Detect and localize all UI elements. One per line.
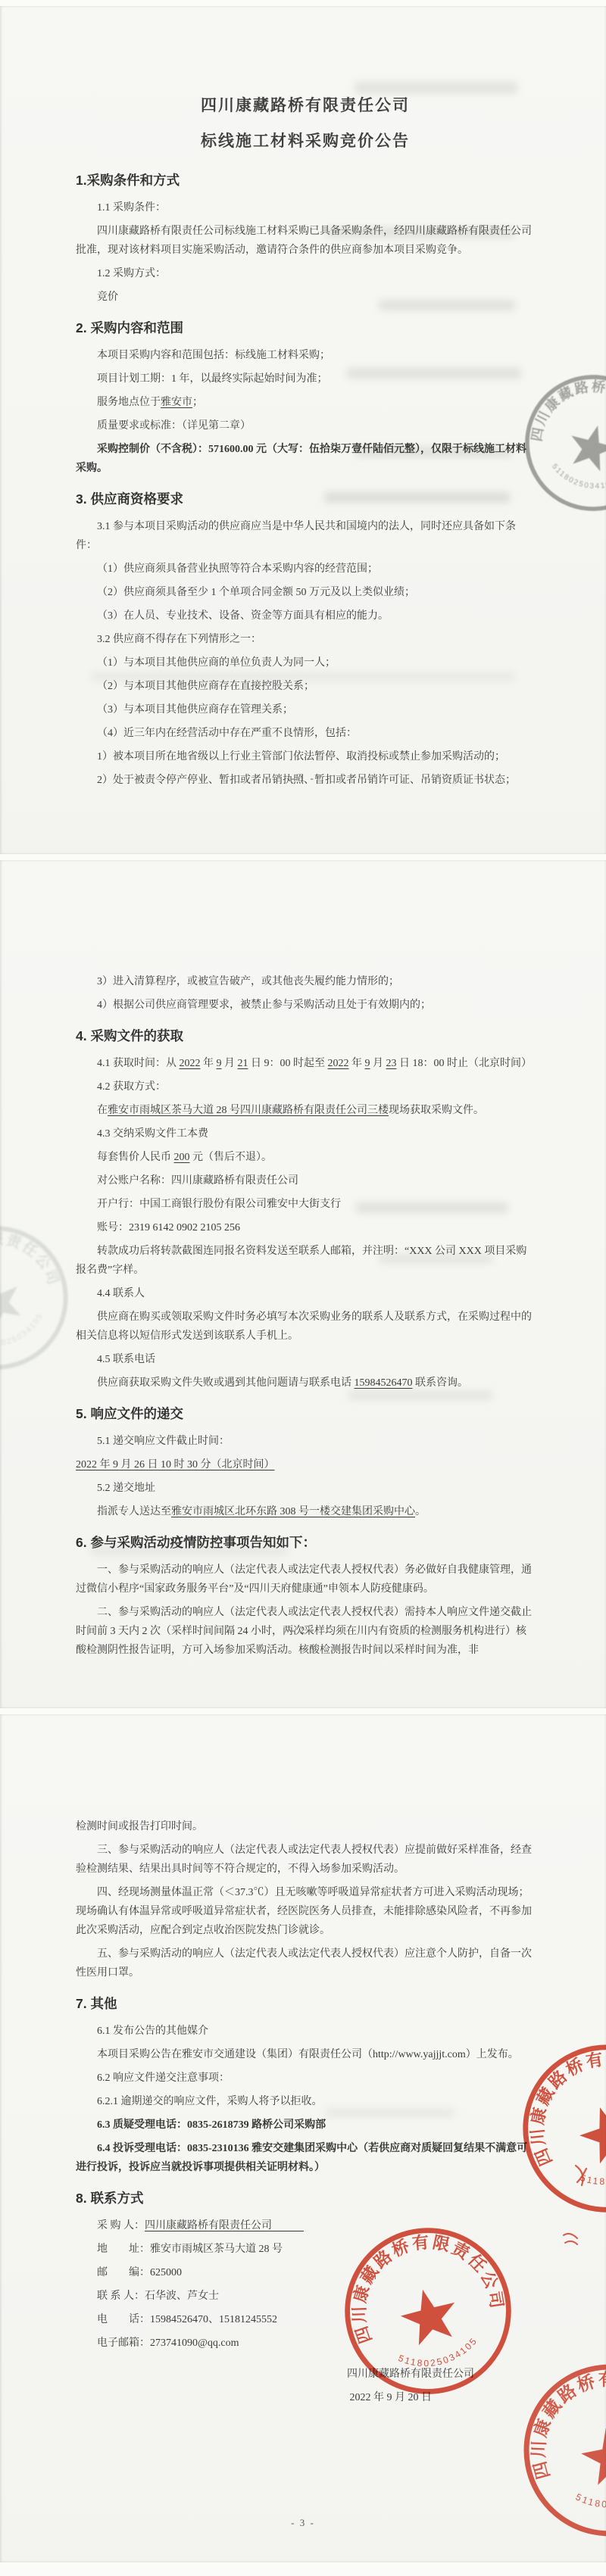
text-line: 6.2.1 逾期递交的响应文件，采购人将予以拒收。 [76, 2092, 535, 2111]
handwritten-red-mark [561, 2229, 580, 2249]
filled-blank-value: 2022 [328, 1058, 349, 1069]
text-line: 三、参与采购活动的响应人（法定代表人或法定代表人授权代表）应提前做好采样准备，经… [76, 1841, 535, 1879]
text-line: （3）在人员、专业技术、设备、资金等方面具有相应的能力。 [76, 607, 535, 625]
scanned-document: { "doc": { "title_line1": "四川康藏路桥有限责任公司"… [0, 0, 606, 2576]
text-segment: 日 9：00 时起至 [248, 1058, 328, 1069]
text-segment: ； [192, 397, 203, 408]
text-segment: 年 [201, 1058, 217, 1069]
page-number: - 3 - [0, 2517, 606, 2529]
page-1-body: 1.采购条件和方式1.1 采购条件：四川康藏路桥有限责任公司标线施工材料采购已具… [76, 169, 535, 790]
text-line: 项目计划工期：1 年，以最终实际起始时间为准； [76, 370, 535, 388]
filled-blank-value: 15984526470 [355, 1377, 413, 1389]
section-heading: 1.采购条件和方式 [76, 169, 535, 192]
text-line: 每套售价人民币 200 元（售后不退）。 [76, 1148, 535, 1167]
text-segment: 采 购 人： [97, 2220, 145, 2231]
text-line: 5.1 递交响应文件截止时间： [76, 1432, 535, 1451]
text-line: 6.4 投诉受理电话：0835-2310136 雅安交建集团采购中心（若供应商对… [76, 2139, 535, 2177]
text-line: 5.2 递交地址 [76, 1479, 535, 1498]
text-segment: 联系咨询。 [413, 1377, 469, 1389]
text-line: 4.3 交纳采购文件工本费 [76, 1124, 535, 1143]
text-line: 在雅安市雨城区茶马大道 28 号四川康藏路桥有限责任公司三楼现场获取采购文件。 [76, 1101, 535, 1120]
section-heading: 7. 其他 [76, 1992, 535, 2015]
filled-blank-value: 9 [365, 1058, 370, 1069]
text-line: 3.1 参与本项目采购活动的供应商应当是中华人民共和国境内的法人，同时还应具备如… [76, 517, 535, 555]
filled-blank-value: 21 [238, 1058, 248, 1069]
text-segment: 元（售后不退）。 [190, 1152, 273, 1163]
text-segment: 月 [370, 1058, 386, 1069]
text-line: 四川康藏路桥有限责任公司标线施工材料采购已具备采购条件，经四川康藏路桥有限责任公… [76, 222, 535, 260]
filled-blank-value: 雅安市雨城区茶马大道 28 号四川康藏路桥有限责任公司三楼 [108, 1105, 389, 1116]
text-line: 4.5 联系电话 [76, 1350, 535, 1369]
text-line: 3）进入清算程序，或被宣告破产，或其他丧失履约能力情形的； [76, 972, 535, 991]
text-line: 6.3 质疑受理电话：0835-2618739 路桥公司采购部 [76, 2116, 535, 2135]
filled-blank-value: 2022 年 9 月 26 日 10 时 30 分（北京时间） [76, 1459, 275, 1470]
text-line: 四、经现场测量体温正常（＜37.3℃）且无咳嗽等呼吸道异常症状者方可进入采购活动… [76, 1883, 535, 1940]
filled-blank-value: 雅安市雨城区北环东路 308 号一楼交建集团采购中心 [171, 1506, 415, 1517]
text-segment: 月 [222, 1058, 238, 1069]
document-title-line-2: 标线施工材料采购竞价公告 [76, 123, 535, 159]
text-line: （1）与本项目其他供应商的单位负责人为同一人； [76, 653, 535, 672]
text-line: 4.2 获取方式： [76, 1077, 535, 1096]
filled-blank-value: 四川康藏路桥有限责任公司 [145, 2220, 304, 2231]
text-line: 开户行：中国工商银行股份有限公司雅安中大街支行 [76, 1195, 535, 1214]
text-segment: 年 [349, 1058, 365, 1069]
svg-text:5118025034105: 5118025034105 [573, 2478, 606, 2517]
text-line: 4.4 联系人 [76, 1284, 535, 1303]
text-segment: 服务地点位于 [97, 397, 161, 408]
text-segment: 现场获取采购文件。 [389, 1105, 484, 1116]
text-segment: 每套售价人民币 [97, 1152, 174, 1163]
text-line: 6.2 响应文件递交注意事项： [76, 2069, 535, 2088]
page-2-body: 3）进入清算程序，或被宣告破产，或其他丧失履约能力情形的；4）根据公司供应商管理… [76, 972, 535, 1660]
text-line: 转款成功后将转款截图连同报名资料发送至联系人邮箱，并注明：“XXX 公司 XXX… [76, 1242, 535, 1280]
text-line: 采购控制价（不含税）：571600.00 元（大写：伍拾柒万壹仟陆佰元整），仅限… [76, 440, 535, 478]
filled-blank-value: 23 [386, 1058, 397, 1069]
text-line: 3.2 供应商不得存在下列情形之一： [76, 630, 535, 649]
svg-text:5118025034105: 5118025034105 [395, 2334, 483, 2377]
text-segment: 。 [415, 1506, 426, 1517]
text-line: 一、参与采购活动的响应人（法定代表人或法定代表人授权代表）务必做好自我健康管理，… [76, 1561, 535, 1598]
text-line: （4）近三年内在经营活动中存在严重不良情形，包括： [76, 724, 535, 743]
text-line: 本项目采购内容和范围包括：标线施工材料采购； [76, 346, 535, 365]
filled-blank-value: 9 [217, 1058, 222, 1069]
text-line: 五、参与采购活动的响应人（法定代表人或法定代表人授权代表）应注意个人防护，自备一… [76, 1944, 535, 1982]
text-segment: 日 18：00 时止（北京时间） [397, 1058, 533, 1069]
text-line: 服务地点位于雅安市； [76, 393, 535, 412]
section-heading: 2. 采购内容和范围 [76, 317, 535, 339]
text-line: 1.1 采购条件： [76, 198, 535, 217]
text-line: 账号：2319 6142 0902 2105 256 [76, 1218, 535, 1237]
handwritten-red-mark [571, 2163, 594, 2188]
text-line: （2）与本项目其他供应商存在直接控股关系； [76, 677, 535, 696]
section-heading: 4. 采购文件的获取 [76, 1024, 535, 1047]
document-page-2: 3）进入清算程序，或被宣告破产，或其他丧失履约能力情形的；4）根据公司供应商管理… [0, 860, 606, 1708]
text-line: 竞价 [76, 288, 535, 307]
text-segment: 在 [97, 1105, 108, 1116]
text-line: 指派专人送达至雅安市雨城区北环东路 308 号一楼交建集团采购中心。 [76, 1502, 535, 1521]
section-heading: 6. 参与采购活动疫情防控事项告知如下： [76, 1531, 535, 1554]
text-line: （1）供应商须具备营业执照等符合本采购内容的经营范围； [76, 560, 535, 579]
text-line: 4.1 获取时间：从 2022 年 9 月 21 日 9：00 时起至 2022… [76, 1054, 535, 1073]
text-line: 4）根据公司供应商管理要求，被禁止参与采购活动且处于有效期内的； [76, 996, 535, 1015]
text-line: 供应商在购买或领取采购文件时务必填写本次采购业务的联系人及联系方式，在采购过程中… [76, 1308, 535, 1346]
document-page-3: 检测时间或报告打印时间。三、参与采购活动的响应人（法定代表人或法定代表人授权代表… [0, 1714, 606, 2562]
text-segment: 4.1 获取时间：从 [97, 1058, 180, 1069]
text-line: 6.1 发布公告的其他媒介 [76, 2022, 535, 2041]
text-line: （2）供应商须具备至少 1 个单项合同金额 50 万元及以上类似业绩； [76, 583, 535, 602]
section-heading: 5. 响应文件的递交 [76, 1402, 535, 1425]
document-page-1: 四川康藏路桥有限责任公司 标线施工材料采购竞价公告 1.采购条件和方式1.1 采… [0, 6, 606, 854]
text-segment: 供应商获取采购文件失败或遇到其他问题请与联系电话 [97, 1377, 355, 1389]
page-number: - 2 - [0, 1624, 606, 1636]
text-line: 本项目采购公告在雅安市交通建设（集团）有限责任公司（http://www.yaj… [76, 2045, 535, 2064]
filled-blank-value: 2022 [180, 1058, 201, 1069]
text-segment: 指派专人送达至 [97, 1506, 171, 1517]
filled-blank-value: 雅安市 [161, 397, 192, 408]
text-line: 检测时间或报告打印时间。 [76, 1817, 535, 1836]
text-line: （3）与本项目其他供应商存在管理关系； [76, 700, 535, 719]
page-number: - 1 - [0, 772, 606, 784]
text-line: 对公账户名称：四川康藏路桥有限责任公司 [76, 1171, 535, 1190]
text-line: 1）被本项目所在地省级以上行业主管部门依法暂停、取消投标或禁止参加采购活动的； [76, 747, 535, 766]
section-heading: 3. 供应商资格要求 [76, 488, 535, 510]
text-line: 1.2 采购方式： [76, 264, 535, 283]
filled-blank-value: 200 [174, 1152, 190, 1163]
text-line: 2022 年 9 月 26 日 10 时 30 分（北京时间） [76, 1455, 535, 1474]
document-title-line-1: 四川康藏路桥有限责任公司 [76, 88, 535, 123]
text-line: 供应商获取采购文件失败或遇到其他问题请与联系电话 15984526470 联系咨… [76, 1374, 535, 1392]
text-line: 质量要求或标准：（详见第二章） [76, 416, 535, 435]
section-heading: 8. 联系方式 [76, 2187, 535, 2210]
